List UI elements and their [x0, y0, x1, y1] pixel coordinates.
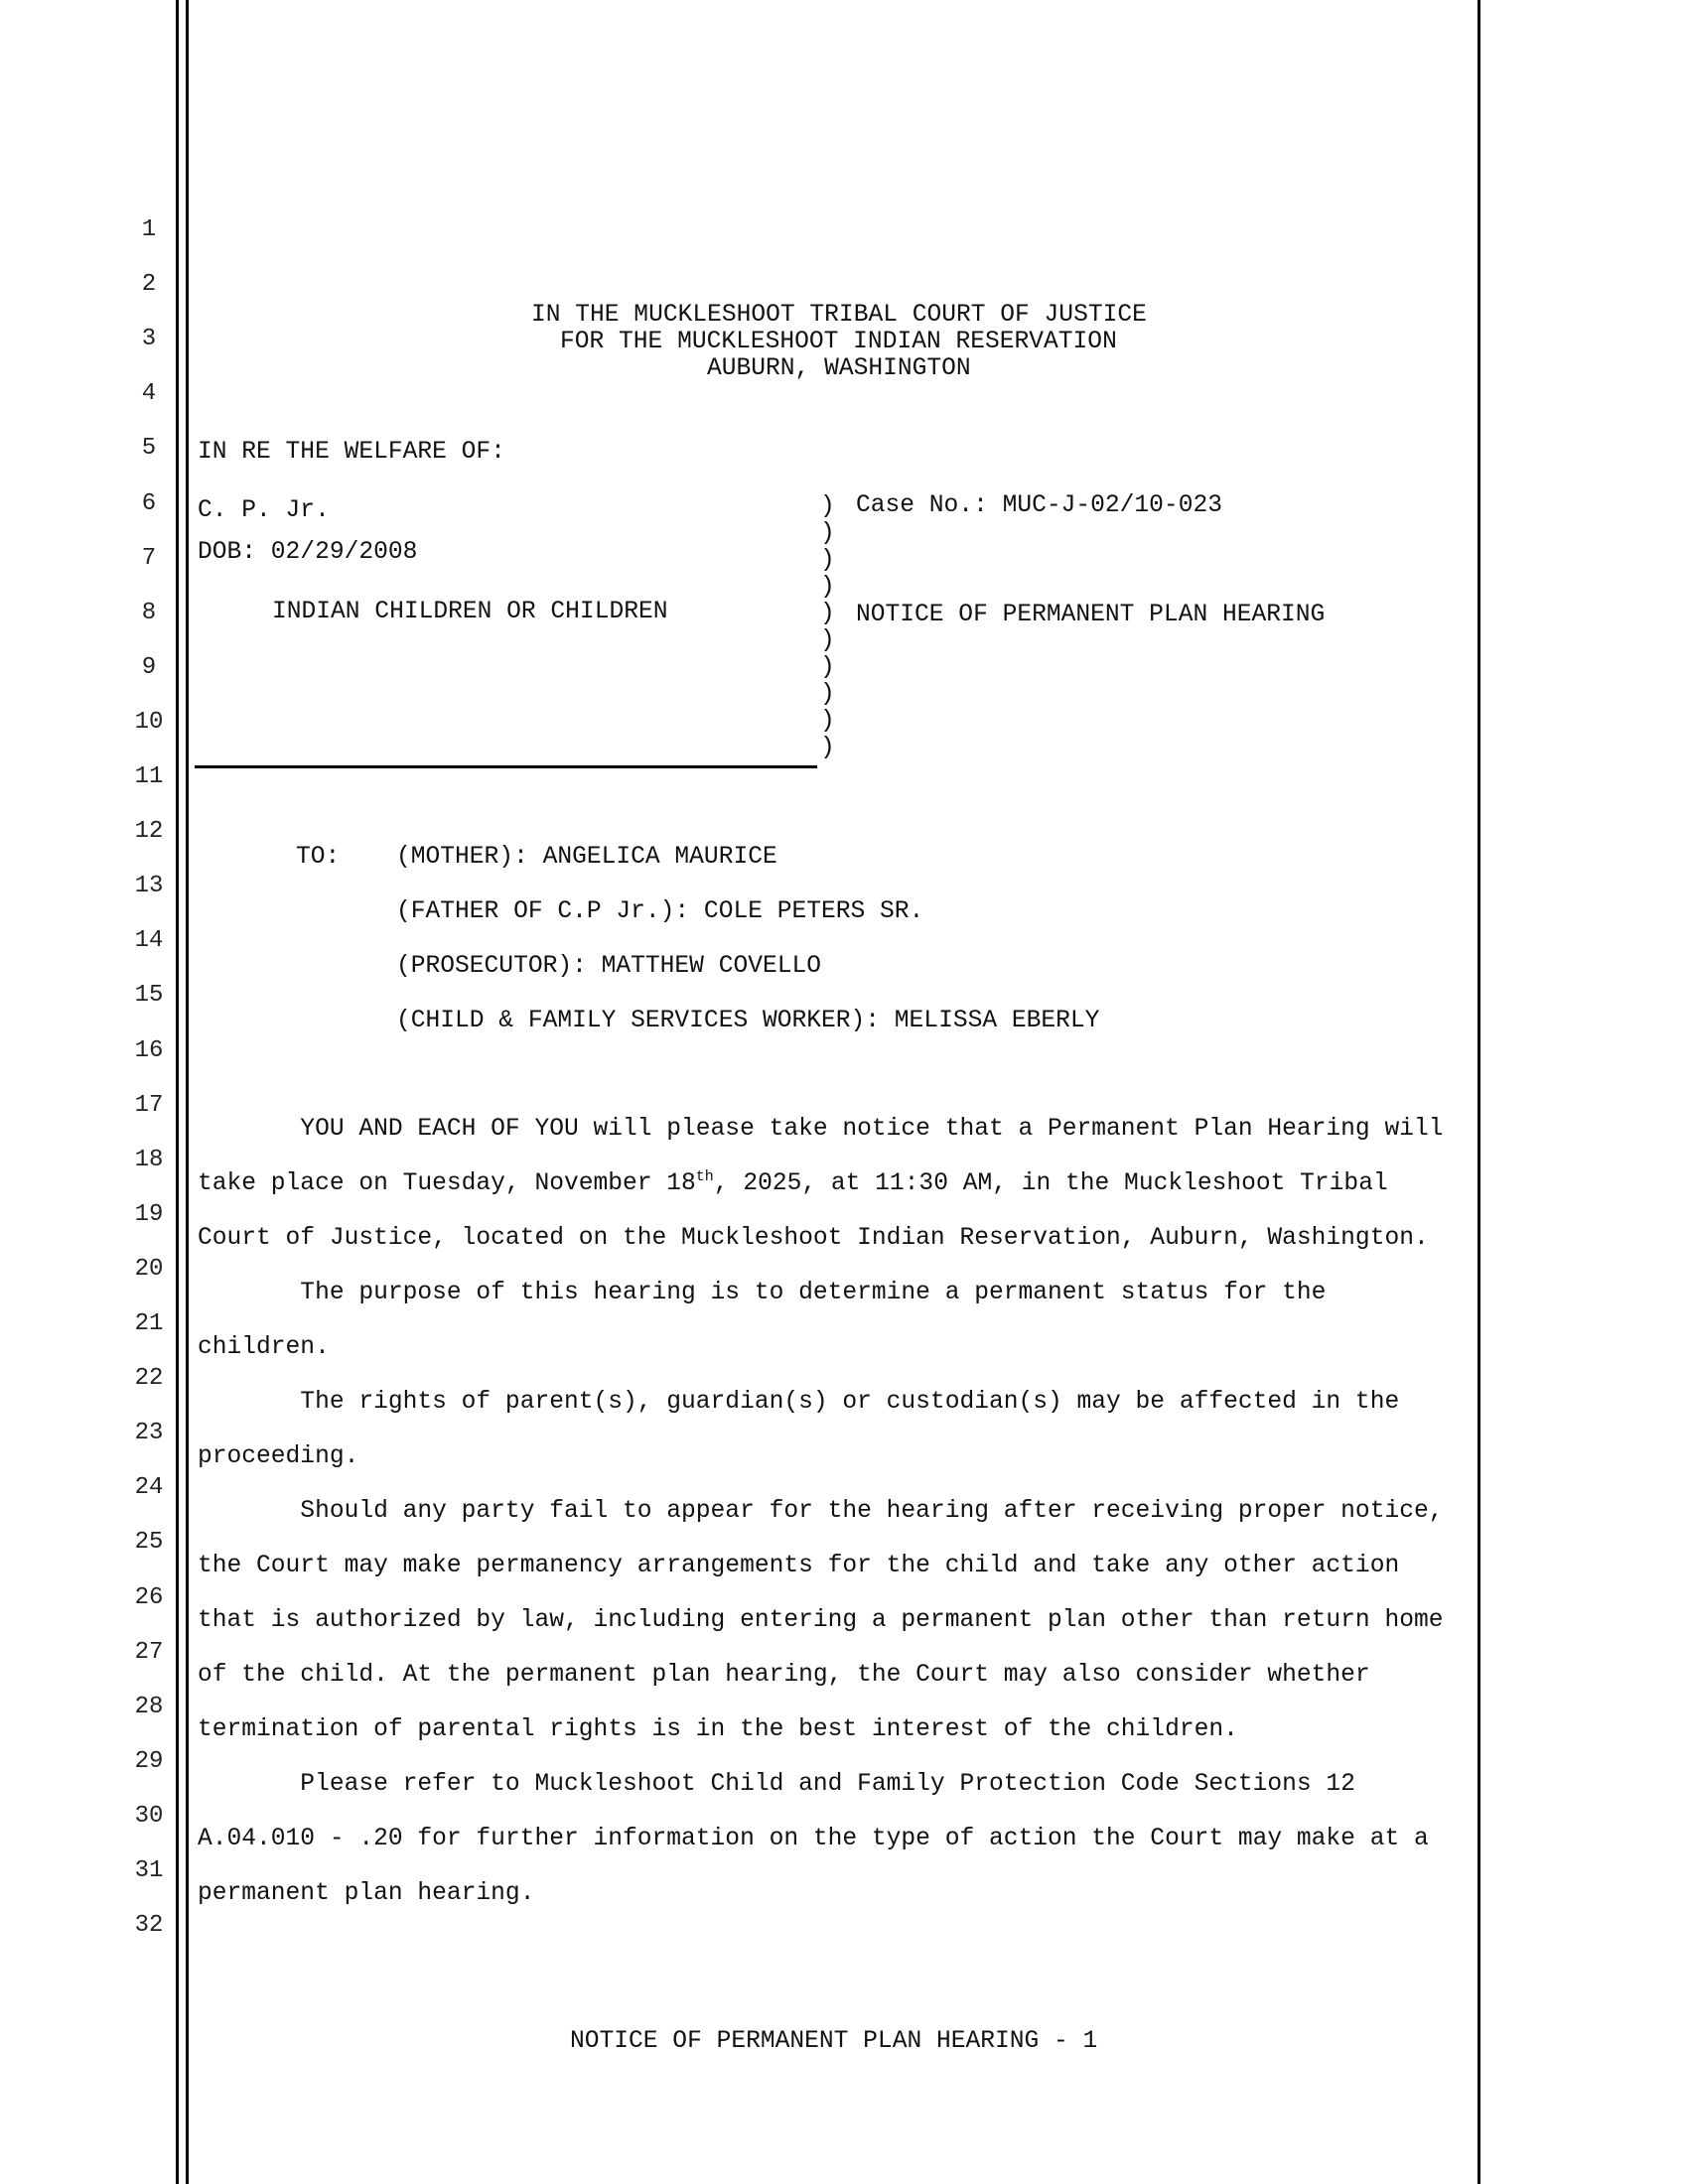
child-designation: INDIAN CHILDREN OR CHILDREN — [272, 601, 667, 625]
caption-paren: ) — [820, 656, 835, 681]
caption-paren: ) — [820, 710, 835, 735]
line-number: 8 — [129, 602, 169, 625]
line-number: 15 — [129, 984, 169, 1008]
recipient-mother: (MOTHER): ANGELICA MAURICE — [396, 846, 777, 871]
body-line: termination of parental rights is in the… — [198, 1718, 1238, 1743]
line-number: 13 — [129, 875, 169, 898]
child-dob: DOB: 02/29/2008 — [198, 541, 417, 566]
left-margin-rule-outer — [176, 0, 179, 2184]
left-margin-rule-inner — [186, 0, 189, 2184]
child-name: C. P. Jr. — [198, 499, 330, 524]
right-margin-rule — [1477, 0, 1480, 2184]
line-number: 16 — [129, 1039, 169, 1063]
to-label: TO: — [296, 846, 340, 871]
line-number: 28 — [129, 1696, 169, 1719]
court-header-line-1: IN THE MUCKLESHOOT TRIBAL COURT OF JUSTI… — [531, 304, 1147, 329]
caption-paren: ) — [820, 683, 835, 708]
line-number: 26 — [129, 1586, 169, 1610]
body-line: YOU AND EACH OF YOU will please take not… — [198, 1118, 1444, 1143]
line-number: 25 — [129, 1531, 169, 1555]
line-number: 2 — [129, 273, 169, 297]
body-line: of the child. At the permanent plan hear… — [198, 1664, 1370, 1689]
case-number: Case No.: MUC-J-02/10-023 — [856, 494, 1222, 519]
line-number: 11 — [129, 765, 169, 789]
line-number: 12 — [129, 820, 169, 844]
caption-paren: ) — [820, 629, 835, 654]
caption-paren: ) — [820, 522, 835, 547]
line-number: 10 — [129, 711, 169, 735]
line-number: 4 — [129, 382, 169, 406]
line-number: 5 — [129, 437, 169, 461]
line-number: 23 — [129, 1422, 169, 1445]
line-number: 31 — [129, 1859, 169, 1883]
body-line: children. — [198, 1336, 330, 1361]
body-line-date-start: take place on Tuesday, November 18 — [198, 1170, 696, 1197]
line-number: 22 — [129, 1367, 169, 1391]
caption-divider — [195, 765, 817, 768]
body-line: permanent plan hearing. — [198, 1882, 534, 1907]
body-line-date-rest: , 2025, at 11:30 AM, in the Muckleshoot … — [714, 1170, 1388, 1197]
body-line: proceeding. — [198, 1445, 358, 1470]
in-re-label: IN RE THE WELFARE OF: — [198, 441, 505, 466]
body-line: A.04.010 - .20 for further information o… — [198, 1828, 1429, 1852]
line-number: 29 — [129, 1750, 169, 1774]
line-number: 21 — [129, 1312, 169, 1336]
court-header-line-3: AUBURN, WASHINGTON — [707, 357, 971, 382]
body-line: Should any party fail to appear for the … — [198, 1500, 1444, 1525]
caption-paren: ) — [820, 495, 835, 520]
line-number: 3 — [129, 328, 169, 351]
body-line: The purpose of this hearing is to determ… — [198, 1282, 1326, 1306]
document-page: 1 2 3 4 5 6 7 8 9 10 11 12 13 14 15 16 1… — [0, 0, 1688, 2184]
line-number: 6 — [129, 492, 169, 516]
document-title: NOTICE OF PERMANENT PLAN HEARING — [856, 604, 1325, 628]
caption-paren: ) — [820, 576, 835, 601]
line-number: 24 — [129, 1476, 169, 1500]
line-number: 19 — [129, 1203, 169, 1227]
caption-paren: ) — [820, 549, 835, 574]
line-number: 18 — [129, 1149, 169, 1172]
recipient-father: (FATHER OF C.P Jr.): COLE PETERS SR. — [396, 900, 923, 925]
line-number: 30 — [129, 1805, 169, 1829]
recipient-prosecutor: (PROSECUTOR): MATTHEW COVELLO — [396, 955, 821, 980]
body-line: The rights of parent(s), guardian(s) or … — [198, 1391, 1399, 1416]
recipient-caseworker: (CHILD & FAMILY SERVICES WORKER): MELISS… — [396, 1010, 1099, 1034]
body-line: Please refer to Muckleshoot Child and Fa… — [198, 1773, 1355, 1798]
caption-paren: ) — [820, 737, 835, 761]
body-line: Court of Justice, located on the Muckles… — [198, 1227, 1429, 1252]
body-line-date: take place on Tuesday, November 18th, 20… — [198, 1172, 1388, 1197]
line-number: 7 — [129, 547, 169, 571]
line-number: 27 — [129, 1641, 169, 1665]
court-header-line-2: FOR THE MUCKLESHOOT INDIAN RESERVATION — [560, 331, 1117, 355]
caption-paren: ) — [820, 603, 835, 627]
body-line: the Court may make permanency arrangemen… — [198, 1555, 1399, 1579]
line-number: 32 — [129, 1914, 169, 1938]
line-number: 20 — [129, 1258, 169, 1282]
line-number: 1 — [129, 218, 169, 242]
page-footer: NOTICE OF PERMANENT PLAN HEARING - 1 — [570, 2030, 1097, 2055]
ordinal-suffix: th — [696, 1168, 714, 1185]
line-number: 9 — [129, 656, 169, 680]
line-number: 14 — [129, 929, 169, 953]
body-line: that is authorized by law, including ent… — [198, 1609, 1444, 1634]
line-number: 17 — [129, 1094, 169, 1118]
